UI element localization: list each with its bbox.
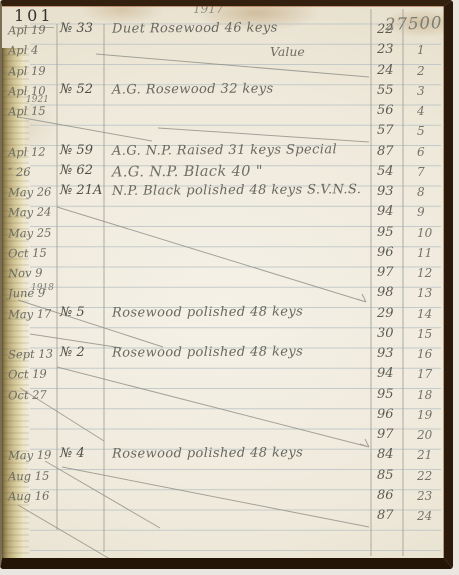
instrument-number: № 33	[60, 21, 93, 37]
line-ref-number: 3	[417, 84, 425, 99]
ledger-date: Oct 19	[8, 367, 47, 382]
entry-description: Rosewood polished 48 keys	[112, 344, 303, 362]
instrument-number: № 2	[60, 345, 85, 361]
ledger-date: Apl 12	[8, 145, 46, 160]
stock-number: 93	[377, 184, 394, 200]
entry-description: A.G. N.P. Black 40 "	[112, 162, 263, 181]
ledger-scan: 101 1917 27500 Apl 19Apl 4Apl 19Apl 10Ap…	[0, 0, 459, 575]
line-ref-number: 5	[417, 124, 425, 139]
stock-number: 23	[377, 42, 394, 58]
instrument-number: № 62	[60, 163, 93, 179]
stock-number: 98	[377, 285, 394, 301]
stock-number: 22	[377, 22, 394, 38]
stock-number: 56	[377, 103, 394, 119]
line-ref-number: 14	[417, 307, 432, 322]
ledger-date: May 19	[8, 448, 52, 463]
ledger-date: May 25	[8, 226, 52, 241]
ledger-date: Aug 16	[8, 489, 50, 504]
line-ref-number: 18	[417, 388, 432, 403]
line-ref-number: 15	[417, 327, 432, 342]
stock-number: 94	[377, 366, 394, 382]
ledger-date: Apl 19	[8, 64, 46, 79]
stock-number: 87	[377, 144, 394, 160]
stock-number: 97	[377, 265, 394, 281]
stock-number: 30	[377, 326, 394, 342]
line-ref-number: 10	[417, 226, 432, 241]
line-ref-number: 9	[417, 205, 425, 220]
line-ref-number: 23	[417, 489, 432, 504]
ledger-date: May 24	[8, 205, 52, 220]
line-ref-number: 17	[417, 367, 432, 382]
entry-description: A.G. N.P. Raised 31 keys Special	[112, 142, 337, 160]
stock-number: 29	[377, 306, 394, 322]
annotation-year-1918: 1918	[31, 283, 54, 294]
stock-number: 85	[377, 468, 394, 484]
line-ref-number: 4	[417, 104, 425, 119]
annotation-value: Value	[270, 44, 305, 60]
entry-description: Duet Rosewood 46 keys	[112, 20, 278, 37]
annotation-year-1921: 1921	[26, 95, 49, 106]
stock-number: 96	[377, 245, 394, 261]
line-ref-number: 8	[417, 185, 425, 200]
stock-number: 87	[377, 508, 394, 524]
ledger-date: Aug 15	[8, 469, 50, 484]
instrument-number: № 4	[60, 446, 85, 462]
stock-number: 84	[377, 447, 394, 463]
line-ref-number: 12	[417, 266, 432, 281]
ledger-date: May 26	[8, 185, 52, 200]
line-ref-number: 2	[417, 64, 425, 79]
ledger-date: ″ 26	[8, 165, 31, 180]
line-ref-number: 22	[417, 469, 432, 484]
line-ref-number: 19	[417, 408, 432, 423]
stock-number: 96	[377, 407, 394, 423]
instrument-number: № 52	[60, 82, 93, 98]
year-heading: 1917	[193, 2, 224, 16]
entry-description: Rosewood polished 48 keys	[112, 445, 303, 463]
stock-number: 97	[377, 427, 394, 443]
ledger-date: Oct 15	[8, 246, 47, 261]
stock-number: 93	[377, 346, 394, 362]
ledger-date: May 17	[8, 307, 52, 322]
entry-description: A.G. Rosewood 32 keys	[112, 81, 274, 98]
line-ref-number: 6	[417, 145, 425, 160]
ledger-date: Nov 9	[8, 266, 43, 281]
ledger-date: Apl 4	[8, 43, 39, 58]
instrument-number: № 21A	[60, 183, 102, 199]
line-ref-number: 24	[417, 509, 432, 524]
instrument-number: № 59	[60, 143, 93, 159]
stock-number: 95	[377, 387, 394, 403]
line-ref-number: 11	[417, 246, 432, 261]
stock-number: 55	[377, 83, 394, 99]
stock-number: 24	[377, 63, 394, 79]
stock-number: 54	[377, 164, 394, 180]
stock-number: 95	[377, 225, 394, 241]
line-ref-number: 20	[417, 428, 432, 443]
line-ref-number: 16	[417, 347, 432, 362]
ledger-date: Oct 27	[8, 388, 47, 403]
line-ref-number: 7	[417, 165, 425, 180]
instrument-number: № 5	[60, 305, 85, 321]
line-ref-number: 21	[417, 448, 432, 463]
ledger-date: Apl 19	[8, 23, 46, 38]
line-ref-number: 13	[417, 286, 432, 301]
stock-number: 57	[377, 123, 394, 139]
entry-description: Rosewood polished 48 keys	[112, 304, 303, 322]
line-ref-number: 1	[417, 43, 425, 58]
ledger-date: Sept 13	[8, 347, 53, 362]
stock-number: 86	[377, 488, 394, 504]
stock-number: 94	[377, 204, 394, 220]
entry-description: N.P. Black polished 48 keys S.V.N.S.	[112, 182, 361, 200]
